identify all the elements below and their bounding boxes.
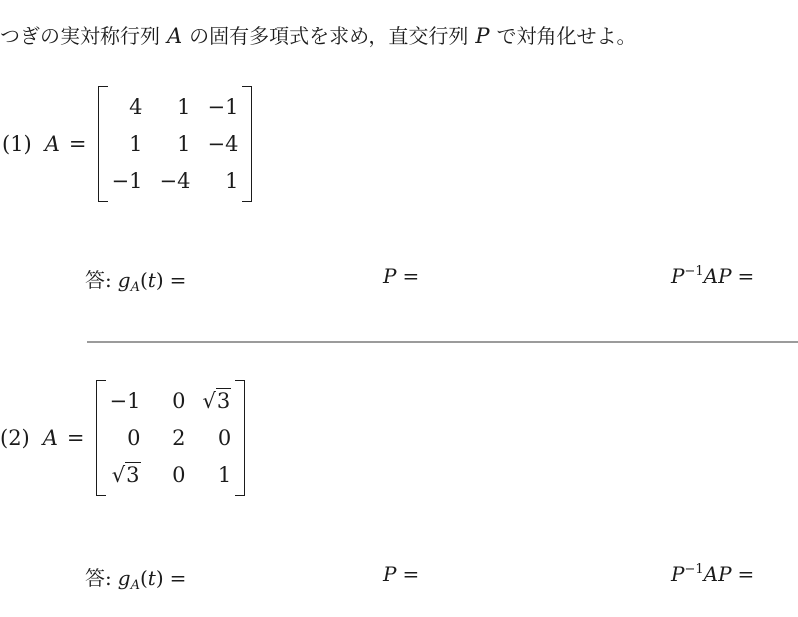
problem-2: (2)A= −1 0 √3 0 2 0 √3 0 1: [0, 380, 245, 496]
matrix-2: −1 0 √3 0 2 0 √3 0 1: [96, 380, 246, 496]
g-symbol: g: [118, 268, 131, 292]
answer-2-pinv-expression: P−1AP=: [671, 562, 754, 586]
answer-1-ga-expression: 答:gA(t)=: [85, 264, 186, 293]
matrix-cell: −1: [110, 389, 141, 413]
section-divider: [87, 341, 798, 343]
equals-sign: =: [402, 562, 419, 586]
p-symbol: P: [671, 264, 684, 288]
matrix-cell: √3: [110, 463, 141, 487]
title-var-A: A: [167, 24, 182, 48]
problem-1-label: (1)A=: [2, 132, 87, 156]
g-subscript: A: [131, 578, 140, 593]
matrix-cell: 1: [203, 463, 232, 487]
title-mid: の固有多項式を求め，直交行列: [189, 24, 468, 48]
answer-label: 答:: [85, 268, 112, 292]
matrix-cell: 1: [207, 169, 238, 193]
matrix-cell: 0: [203, 426, 232, 450]
answer-1-pinv-expression: P−1AP=: [671, 264, 754, 288]
problem-2-label: (2)A=: [0, 426, 85, 450]
matrix-cell: −1: [207, 95, 238, 119]
page-title: つぎの実対称行列Aの固有多項式を求め，直交行列Pで対角化せよ。: [0, 20, 637, 49]
matrix-cell: −4: [160, 169, 191, 193]
answer-2-p-expression: P=: [383, 562, 419, 586]
answer-row-1: 答:gA(t)= P= P−1AP=: [0, 264, 798, 294]
problem-2-equals: =: [67, 426, 85, 450]
radicand: 3: [125, 462, 140, 487]
equals-sign: =: [170, 268, 187, 292]
problem-1-var: A: [45, 132, 60, 156]
matrix-cell: 0: [158, 389, 186, 413]
answer-1-p-expression: P=: [383, 264, 419, 288]
title-pre: つぎの実対称行列: [0, 24, 160, 48]
equals-sign: =: [170, 566, 187, 590]
problem-1-number: (1): [2, 132, 32, 156]
problem-2-var: A: [43, 426, 58, 450]
answer-label: 答:: [85, 566, 112, 590]
pinv-exponent: −1: [684, 562, 703, 577]
worksheet-page: つぎの実対称行列Aの固有多項式を求め，直交行列Pで対角化せよ。 (1)A= 4 …: [0, 0, 798, 617]
ap-symbols: AP: [704, 264, 732, 288]
equals-sign: =: [738, 562, 755, 586]
p-symbol: P: [383, 264, 396, 288]
matrix-cell: −1: [112, 169, 143, 193]
paren-open: (: [140, 566, 148, 590]
p-symbol: P: [383, 562, 396, 586]
t-variable: t: [148, 566, 156, 590]
pinv-exponent: −1: [684, 264, 703, 279]
matrix-cell: 1: [160, 95, 191, 119]
g-symbol: g: [118, 566, 131, 590]
paren-close: ): [156, 566, 164, 590]
radicand: 3: [216, 388, 231, 413]
matrix-cell: 0: [110, 426, 141, 450]
matrix-2-grid: −1 0 √3 0 2 0 √3 0 1: [110, 389, 232, 487]
t-variable: t: [148, 268, 156, 292]
g-subscript: A: [131, 280, 140, 295]
title-post: で対角化せよ。: [497, 24, 637, 48]
matrix-cell: −4: [207, 132, 238, 156]
p-symbol: P: [671, 562, 684, 586]
matrix-1-grid: 4 1 −1 1 1 −4 −1 −4 1: [112, 95, 239, 193]
ap-symbols: AP: [704, 562, 732, 586]
matrix-cell: 1: [160, 132, 191, 156]
matrix-cell: 4: [112, 95, 143, 119]
answer-row-2: 答:gA(t)= P= P−1AP=: [0, 562, 798, 592]
problem-1-equals: =: [69, 132, 87, 156]
radical-sign: √: [112, 463, 125, 487]
matrix-cell: 1: [112, 132, 143, 156]
radical-sign: √: [203, 389, 216, 413]
answer-2-ga-expression: 答:gA(t)=: [85, 562, 186, 591]
matrix-cell: 2: [158, 426, 186, 450]
problem-2-number: (2): [0, 426, 30, 450]
matrix-1: 4 1 −1 1 1 −4 −1 −4 1: [98, 86, 253, 202]
paren-close: ): [156, 268, 164, 292]
equals-sign: =: [738, 264, 755, 288]
problem-1: (1)A= 4 1 −1 1 1 −4 −1 −4 1: [2, 86, 252, 202]
matrix-cell: 0: [158, 463, 186, 487]
matrix-cell: √3: [203, 389, 232, 413]
title-var-P: P: [475, 24, 489, 48]
equals-sign: =: [402, 264, 419, 288]
paren-open: (: [140, 268, 148, 292]
